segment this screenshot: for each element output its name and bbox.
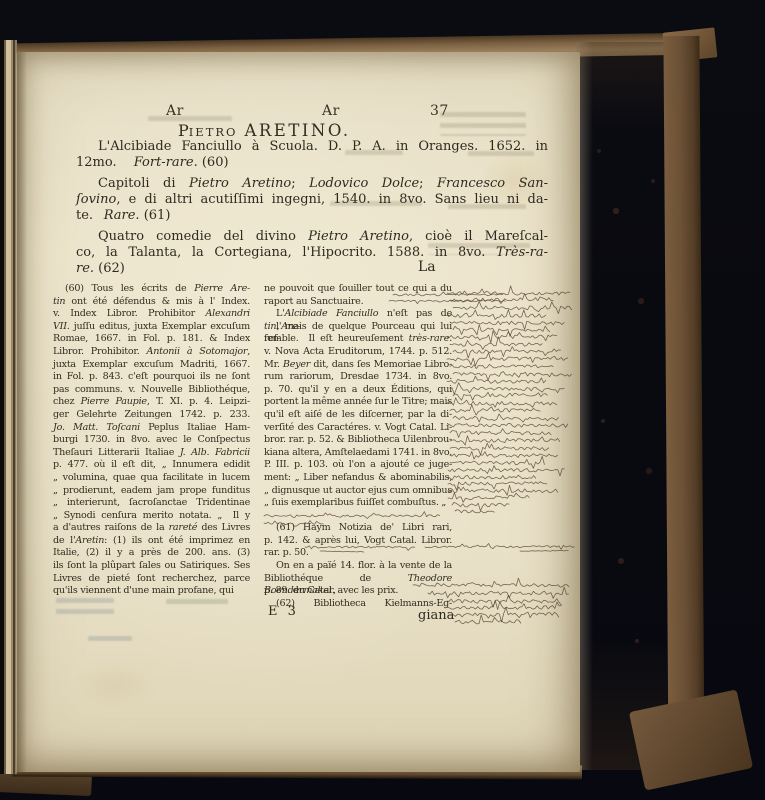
footnote-line: chez Pierre Paupie, T. XI. p. 4. Leipzi-: [53, 396, 250, 409]
roman-text: ;: [419, 176, 437, 191]
entry-paragraph: Quatro comedie del divino Pietro Aretino…: [76, 229, 548, 277]
roman-text: p. 89. du Catal. avec les prix.: [264, 585, 398, 596]
footnote-line: Libror. Prohibitor. Antonii à Sotomajor,: [53, 346, 250, 359]
footnote-line: p. 89. du Catal. avec les prix.: [264, 585, 452, 598]
footnote-line: p. 477. où il eſt dit, „ Innumera edidit: [53, 459, 250, 472]
show-through-text: [88, 636, 132, 645]
roman-text: Romae, 1667. in Fol. p. 181. & Index: [53, 333, 250, 344]
roman-text: P. III. p. 103. où l'on a ajouté ce juge…: [264, 459, 452, 470]
roman-text: „ Synodi cenſura merito notata. „ Il y: [53, 510, 250, 521]
italic-text: Fort-rare.: [134, 155, 198, 170]
roman-text: ſemble. Il eſt heureuſement: [264, 333, 409, 344]
footnote-line: Theſauri Litterarii Italiae J. Alb. Fabr…: [53, 447, 250, 460]
footnote-line: de l'Aretin: (1) ils ont été imprimez en: [53, 535, 250, 548]
footnote-line: a d'autres raiſons de la rareté des Livr…: [53, 522, 250, 535]
italic-text: Antonii à Sotomajor: [147, 346, 248, 357]
footnote-line: „ ſuis exemplaribus fuiſſet combuſtus. „: [264, 497, 452, 510]
roman-text: ger Gelehrte Zeitungen 1742. p. 233.: [53, 409, 250, 420]
heading-initial: P: [178, 121, 189, 140]
roman-text: ,: [247, 346, 250, 357]
roman-text: Capitoli di: [98, 176, 189, 191]
book-gutter-left-edge: [0, 40, 17, 774]
footnote-line: qu'ils viennent d'une main profane, qui: [53, 585, 250, 598]
footnote-line: tin, mais de quelque Pourceau qui lui re…: [264, 321, 452, 334]
fore-edge-speckles: [0, 0, 2, 2]
footnote-line: p. 70. qu'il y en a deux Éditions, qui: [264, 384, 452, 397]
catchword: La: [418, 259, 436, 275]
heading-main-word: ARETINO.: [244, 121, 350, 140]
roman-text: juſſu editus, juxta Exemplar excuſum: [70, 321, 250, 332]
roman-text: : (1) ils ont été imprimez en: [104, 535, 250, 546]
italic-text: re.: [76, 261, 94, 276]
italic-text: Francesco San-: [437, 176, 548, 191]
roman-text: raport au Sanctuaire.: [264, 296, 363, 307]
italic-text: Pierre Paupie: [81, 396, 147, 407]
italic-text: tin: [264, 321, 276, 332]
roman-text: p. 142. & après lui, Vogt Catal. Libror.: [264, 535, 452, 546]
roman-text: in Fol. p. 843. c'eſt pourquoi ils ne ſo…: [53, 371, 250, 382]
roman-text: v. Nova Acta Eruditorum, 1744. p. 512.: [264, 346, 452, 357]
roman-text: ne pouvoit que ſouiller tout ce qui a du: [264, 283, 452, 294]
roman-text: qu'il eſt aiſé de les diſcerner, par la …: [264, 409, 452, 420]
italic-text: VII.: [53, 321, 70, 332]
roman-text: co, la Talanta, la Cortegiana, l'Hipocri…: [76, 245, 496, 260]
footnote-line: v. Index Libror. Prohibitor Alexandri: [53, 308, 250, 321]
book-fore-edge-pages: [576, 42, 670, 770]
footnote-right-column: ne pouvoit que ſouiller tout ce qui a du…: [264, 283, 452, 610]
roman-text: kiana altera, Amſtelaedami 1741. in 8vo.: [264, 447, 452, 458]
footnote-line: Jo. Matt. Toſcani Peplus Italiae Ham-: [53, 422, 250, 435]
entry-line: te. Rare. (61): [76, 208, 548, 224]
roman-text: , e di altri acutiſſimi ingegni, 1540. i…: [116, 192, 548, 207]
footnote-line: (60) Tous les écrits de Pierre Are-: [53, 283, 250, 296]
roman-text: de l': [53, 535, 75, 546]
roman-text: „ volumina, quae qua facilitate in lucem: [53, 472, 250, 483]
footnote-line: raport au Sanctuaire.: [264, 296, 452, 309]
footnote-line: Romae, 1667. in Fol. p. 181. & Index: [53, 333, 250, 346]
footnote-line: rum rariorum, Dresdae 1734. in 8vo.: [264, 371, 452, 384]
roman-text: „ ſuis exemplaribus fuiſſet combuſtus. „: [264, 497, 446, 508]
roman-text: Bibliothéque de: [264, 573, 408, 584]
roman-text: (61): [140, 208, 171, 223]
footnote-line: burgi 1730. in 8vo. avec le Conſpectus: [53, 434, 250, 447]
italic-text: J. Alb. Fabricii: [180, 447, 250, 458]
footnote-line: [264, 510, 452, 523]
italic-text: Alcibiade Fanciullo: [285, 308, 379, 319]
italic-text: rareté: [169, 522, 198, 533]
roman-text: Quatro comedie del divino: [98, 229, 308, 244]
roman-text: ont été défendus & mis à l' Index.: [65, 296, 250, 307]
roman-text: ment: „ Liber nefandus & abominabilis,: [264, 472, 452, 483]
roman-text: rum rariorum, Dresdae 1734. in 8vo.: [264, 371, 452, 382]
footnote-line: tin ont été défendus & mis à l' Index.: [53, 296, 250, 309]
roman-text: qu'ils viennent d'une main profane, qui: [53, 585, 234, 596]
roman-text: dit, dans ſes Memoriae Libro-: [310, 359, 452, 370]
entry-line: 12mo. Fort-rare. (60): [76, 155, 548, 171]
roman-text: (60): [198, 155, 229, 170]
roman-text: Italie, (2) il y a près de 200. ans. (3): [53, 547, 250, 558]
footnote-left-column: (60) Tous les écrits de Pierre Are-tin o…: [53, 283, 250, 598]
roman-text: „ interierunt, ſacroſanctae Tridentinae: [53, 497, 250, 508]
italic-text: très-rare.: [409, 333, 452, 344]
entry-paragraph: L'Alcibiade Fanciullo à Scuola. D. P. A.…: [76, 139, 548, 171]
italic-text: ſovino: [76, 192, 116, 207]
footnote-line: ment: „ Liber nefandus & abominabilis,: [264, 472, 452, 485]
roman-text: rar. p. 50.: [264, 547, 309, 558]
roman-text: p. 70. qu'il y en a deux Éditions, qui: [264, 384, 452, 395]
book-cover-board-edge: [663, 36, 704, 772]
roman-text: p. 477. où il eſt dit, „ Innumera edidit: [53, 459, 250, 470]
entry-line: Capitoli di Pietro Aretino; Lodovico Dol…: [76, 176, 548, 192]
footnote-line: ſemble. Il eſt heureuſement très-rare.: [264, 333, 452, 346]
footnote-line: pas communs. v. Nouvelle Bibliothéque,: [53, 384, 250, 397]
roman-text: verſité des Caractéres. v. Vogt Catal. L…: [264, 422, 452, 433]
roman-text: (62): [94, 261, 125, 276]
footnote-line: verſité des Caractéres. v. Vogt Catal. L…: [264, 422, 452, 435]
roman-text: Livres de pieté ſont recherchez, parce: [53, 573, 250, 584]
roman-text: 12mo.: [76, 155, 134, 170]
entry-line: ſovino, e di altri acutiſſimi ingegni, 1…: [76, 192, 548, 208]
roman-text: pas communs. v. Nouvelle Bibliothéque,: [53, 384, 250, 395]
footnote-line: „ interierunt, ſacroſanctae Tridentinae: [53, 497, 250, 510]
entry-line: Quatro comedie del divino Pietro Aretino…: [76, 229, 548, 245]
roman-text: , cioè il Mareſcal-: [409, 229, 548, 244]
italic-text: Lodovico Dolce: [309, 176, 419, 191]
show-through-text: [166, 599, 228, 609]
roman-text: juxta Exemplar excuſum Madriti, 1667.: [53, 359, 250, 370]
footnote-line: „ prodierunt, eadem jam prope funditus: [53, 485, 250, 498]
italic-text: Alexandri: [205, 308, 250, 319]
roman-text: L'Alcibiade Fanciullo à Scuola. D. P. A.…: [98, 139, 548, 154]
footnote-line: Livres de pieté ſont recherchez, parce: [53, 573, 250, 586]
roman-text: „ prodierunt, eadem jam prope funditus: [53, 485, 250, 496]
gutter-crease-shadow: [17, 52, 27, 772]
roman-text: On en a païé 14. flor. à la vente de la: [276, 560, 452, 571]
italic-text: tin: [53, 296, 65, 307]
roman-text: portent la même année ſur le Titre; mais: [264, 396, 452, 407]
footnote-line: On en a païé 14. flor. à la vente de la: [264, 560, 452, 573]
footnote-line: Mr. Beyer dit, dans ſes Memoriae Libro-: [264, 359, 452, 372]
roman-text: v. Index Libror. Prohibitor: [53, 308, 205, 319]
entry-line: L'Alcibiade Fanciullo à Scuola. D. P. A.…: [76, 139, 548, 155]
footnote-line: p. 142. & après lui, Vogt Catal. Libror.: [264, 535, 452, 548]
entry-line: co, la Talanta, la Cortegiana, l'Hipocri…: [76, 245, 548, 261]
footnote-line: L'Alcibiade Fanciullo n'eſt pas de l'Are…: [264, 308, 452, 321]
italic-text: Pietro Aretino: [308, 229, 409, 244]
heading-small-caps: IETRO: [189, 125, 238, 139]
footnote-line: Italie, (2) il y a près de 200. ans. (3): [53, 547, 250, 560]
footnote-line: VII. juſſu editus, juxta Exemplar excuſu…: [53, 321, 250, 334]
roman-text: , T. XI. p. 4. Leipzi-: [147, 396, 250, 407]
roman-text: Theſauri Litterarii Italiae: [53, 447, 180, 458]
show-through-text: [440, 112, 526, 136]
roman-text: Peplus Italiae Ham-: [140, 422, 250, 433]
roman-text: burgi 1730. in 8vo. avec le Conſpectus: [53, 434, 250, 445]
footnote-line: portent la même année ſur le Titre; mais: [264, 396, 452, 409]
entry-line: re. (62): [76, 261, 548, 277]
roman-text: (61) Haym Notizia de' Libri rari,: [276, 522, 452, 533]
roman-text: te.: [76, 208, 104, 223]
signature-mark: E 3: [268, 604, 296, 619]
footnote-line: ger Gelehrte Zeitungen 1742. p. 233.: [53, 409, 250, 422]
photographed-book-page: Ar Ar 37 PIETROARETINO. L'Alcibiade Fanc…: [0, 0, 765, 800]
roman-text: Libror. Prohibitor.: [53, 346, 147, 357]
roman-text: [264, 510, 267, 521]
footnote-line: „ Synodi cenſura merito notata. „ Il y: [53, 510, 250, 523]
running-head-left: Ar: [166, 103, 184, 119]
bibliographic-entries: L'Alcibiade Fanciullo à Scuola. D. P. A.…: [76, 139, 548, 282]
page-number: 37: [430, 103, 449, 119]
footnote-line: Bibliothéque de Theodore Boendermaker,: [264, 573, 452, 586]
roman-text: chez: [53, 396, 81, 407]
footnote-line: (61) Haym Notizia de' Libri rari,: [264, 522, 452, 535]
footnote-line: rar. p. 50.: [264, 547, 452, 560]
footnote-line: in Fol. p. 843. c'eſt pourquoi ils ne ſo…: [53, 371, 250, 384]
roman-text: des Livres: [197, 522, 250, 533]
footnote-line: kiana altera, Amſtelaedami 1741. in 8vo.: [264, 447, 452, 460]
italic-text: Très-ra-: [496, 245, 548, 260]
italic-text: Pietro Aretino: [189, 176, 291, 191]
footnote-line: „ dignusque ut auctor ejus cum omnibus: [264, 485, 452, 498]
roman-text: ;: [291, 176, 309, 191]
italic-text: Aretin: [75, 535, 104, 546]
roman-text: bror. rar. p. 52. & Bibliotheca Uilenbro…: [264, 434, 452, 445]
catchword: giana: [418, 608, 454, 623]
roman-text: „ dignusque ut auctor ejus cum omnibus: [264, 485, 452, 496]
footnote-line: qu'il eſt aiſé de les diſcerner, par la …: [264, 409, 452, 422]
footnote-line: juxta Exemplar excuſum Madriti, 1667.: [53, 359, 250, 372]
show-through-text: [56, 598, 114, 619]
italic-text: Jo. Matt. Toſcani: [53, 422, 140, 433]
entry-paragraph: Capitoli di Pietro Aretino; Lodovico Dol…: [76, 176, 548, 224]
italic-text: Rare.: [104, 208, 140, 223]
footnote-line: P. III. p. 103. où l'on a ajouté ce juge…: [264, 459, 452, 472]
entry-heading: PIETROARETINO.: [178, 121, 346, 140]
italic-text: Pierre Are-: [194, 283, 250, 294]
roman-text: L': [276, 308, 285, 319]
running-head-right: Ar: [322, 103, 340, 119]
roman-text: a d'autres raiſons de la: [53, 522, 169, 533]
footnote-line: ne pouvoit que ſouiller tout ce qui a du: [264, 283, 452, 296]
italic-text: Beyer: [283, 359, 310, 370]
paper-stain: [70, 660, 160, 710]
footnote-line: bror. rar. p. 52. & Bibliotheca Uilenbro…: [264, 434, 452, 447]
footnote-line: v. Nova Acta Eruditorum, 1744. p. 512.: [264, 346, 452, 359]
footnote-line: „ volumina, quae qua facilitate in lucem: [53, 472, 250, 485]
roman-text: Mr.: [264, 359, 283, 370]
footnote-line: ils ſont la plûpart ſales ou Satiriques.…: [53, 560, 250, 573]
roman-text: (60) Tous les écrits de: [65, 283, 194, 294]
roman-text: ils ſont la plûpart ſales ou Satiriques.…: [53, 560, 250, 571]
